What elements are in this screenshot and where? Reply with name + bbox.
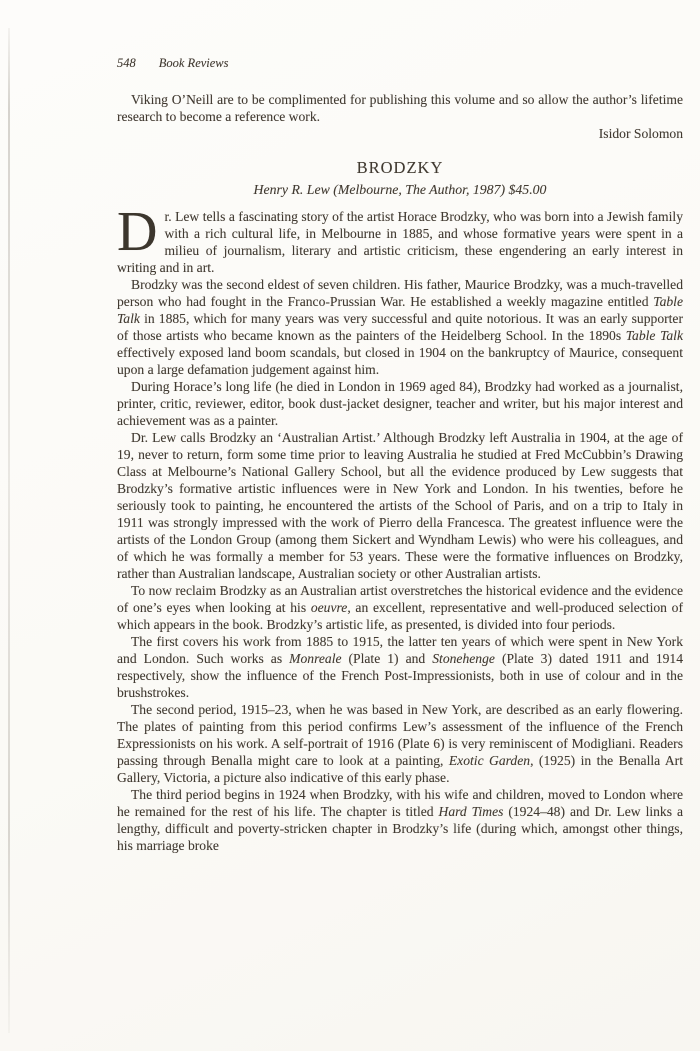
italic-text-segment: Stonehenge <box>432 651 495 666</box>
review-paragraph: The first covers his work from 1885 to 1… <box>117 633 683 701</box>
text-segment: Dr. Lew calls Brodzky an ‘Australian Art… <box>117 430 683 581</box>
review-paragraph: The second period, 1915–23, when he was … <box>117 701 683 786</box>
book-citation: Henry R. Lew (Melbourne, The Author, 198… <box>117 181 683 198</box>
review-paragraph: To now reclaim Brodzky as an Australian … <box>117 582 683 633</box>
drop-cap: D <box>117 208 164 253</box>
text-segment: effectively exposed land boom scandals, … <box>117 345 683 377</box>
text-segment: During Horace’s long life (he died in Lo… <box>117 379 683 428</box>
review-paragraph: The third period begins in 1924 when Bro… <box>117 786 683 854</box>
review-title: BRODZKY <box>117 158 683 178</box>
scanned-page: 548 Book Reviews Viking O’Neill are to b… <box>0 0 700 1051</box>
review-paragraph: During Horace’s long life (he died in Lo… <box>117 378 683 429</box>
section-title: Book Reviews <box>159 56 229 71</box>
running-header: 548 Book Reviews <box>117 56 683 71</box>
reviewer-signature: Isidor Solomon <box>117 125 683 142</box>
italic-text-segment: Hard Times <box>439 804 504 819</box>
italic-text-segment: Monreale <box>289 651 341 666</box>
text-segment: Brodzky was the second eldest of seven c… <box>117 277 683 309</box>
review-paragraph: Brodzky was the second eldest of seven c… <box>117 276 683 378</box>
italic-text-segment: Exotic Garden <box>449 753 530 768</box>
previous-review-closing: Viking O’Neill are to be complimented fo… <box>117 91 683 125</box>
italic-text-segment: oeuvre <box>311 600 347 615</box>
review-paragraph: Dr. Lew calls Brodzky an ‘Australian Art… <box>117 429 683 582</box>
page-content: 548 Book Reviews Viking O’Neill are to b… <box>117 0 683 854</box>
text-segment: in 1885, which for many years was very s… <box>117 311 683 343</box>
review-paragraph: Dr. Lew tells a fascinating story of the… <box>117 208 683 276</box>
text-segment: (Plate 1) and <box>342 651 433 666</box>
text-segment: r. Lew tells a fascinating story of the … <box>117 209 683 275</box>
italic-text-segment: Table Talk <box>626 328 683 343</box>
page-number: 548 <box>117 56 136 71</box>
scan-binding-edge <box>8 28 10 1033</box>
review-body: Dr. Lew tells a fascinating story of the… <box>117 208 683 854</box>
